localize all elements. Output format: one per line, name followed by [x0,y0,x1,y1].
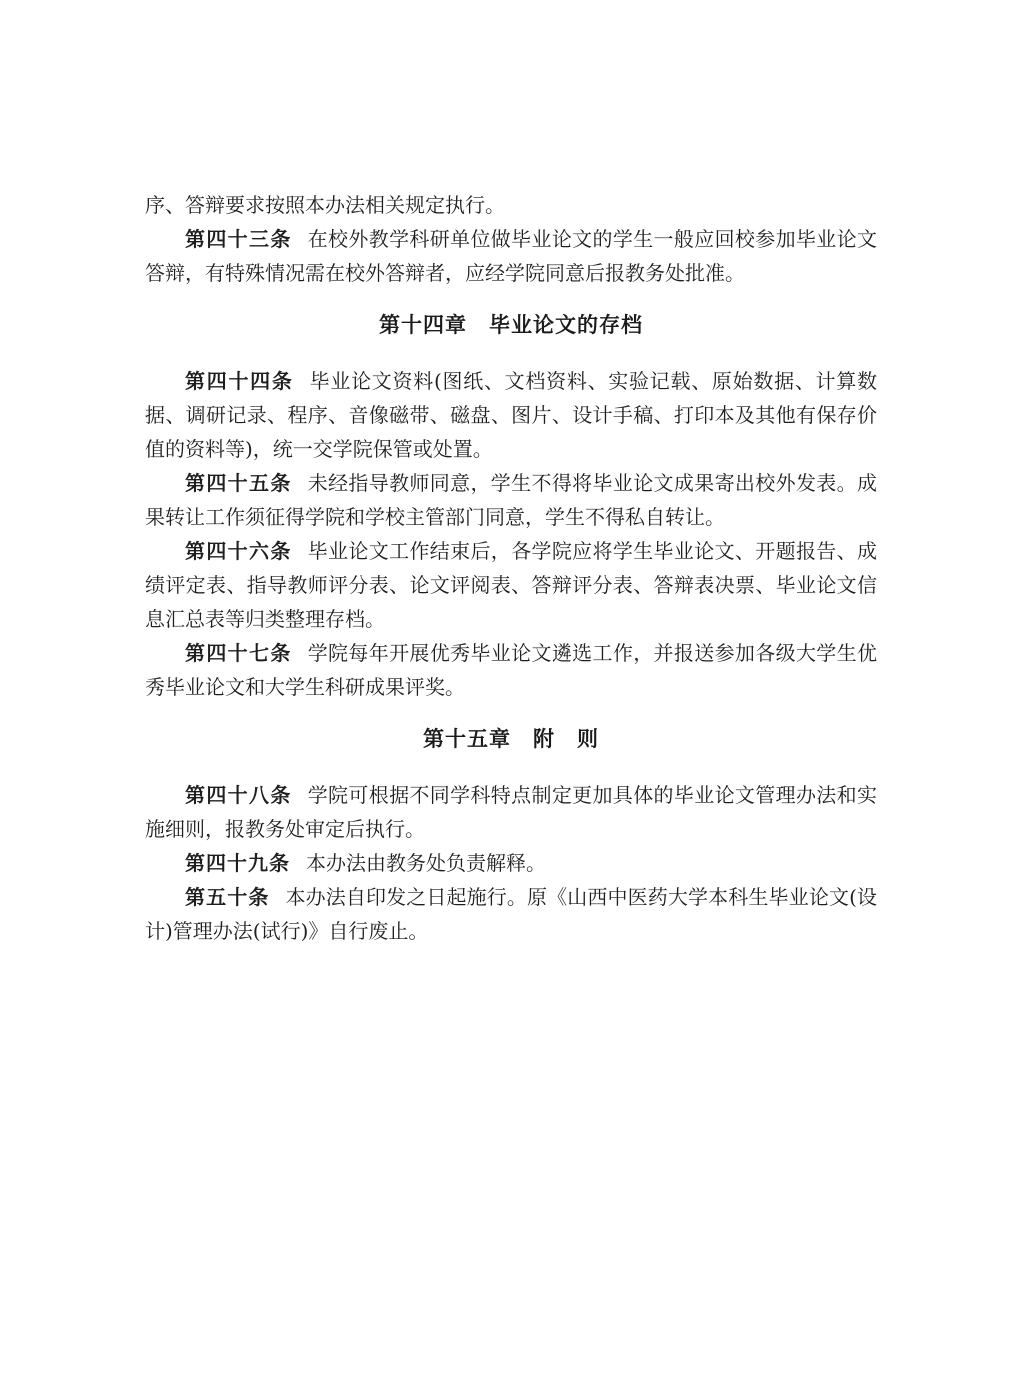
article-49-number: 第四十九条 [185,851,290,875]
article-48: 第四十八条学院可根据不同学科特点制定更加具体的毕业论文管理办法和实施细则，报教务… [145,778,877,846]
article-44: 第四十四条毕业论文资料(图纸、文档资料、实验记载、原始数据、计算数据、调研记录、… [145,364,877,466]
document-page: 序、答辩要求按照本办法相关规定执行。 第四十三条在校外教学科研单位做毕业论文的学… [0,0,1024,1379]
article-48-number: 第四十八条 [185,783,292,807]
chapter-14-heading: 第十四章 毕业论文的存档 [145,308,877,342]
article-49-text: 本办法由教务处负责解释。 [306,851,546,875]
article-49: 第四十九条本办法由教务处负责解释。 [145,846,877,880]
article-44-number: 第四十四条 [185,369,294,393]
article-50-number: 第五十条 [185,885,270,909]
article-43: 第四十三条在校外教学科研单位做毕业论文的学生一般应回校参加毕业论文答辩，有特殊情… [145,222,877,290]
article-45: 第四十五条未经指导教师同意，学生不得将毕业论文成果寄出校外发表。成果转让工作须征… [145,466,877,534]
article-47: 第四十七条学院每年开展优秀毕业论文遴选工作，并报送参加各级大学生优秀毕业论文和大… [145,636,877,704]
article-45-number: 第四十五条 [185,471,292,495]
article-46-number: 第四十六条 [185,539,292,563]
article-47-number: 第四十七条 [185,641,292,665]
document-content: 序、答辩要求按照本办法相关规定执行。 第四十三条在校外教学科研单位做毕业论文的学… [145,188,877,948]
article-43-number: 第四十三条 [185,227,292,251]
paragraph-continuation: 序、答辩要求按照本办法相关规定执行。 [145,188,877,222]
article-50: 第五十条本办法自印发之日起施行。原《山西中医药大学本科生毕业论文(设计)管理办法… [145,880,877,948]
article-46: 第四十六条毕业论文工作结束后，各学院应将学生毕业论文、开题报告、成绩评定表、指导… [145,534,877,636]
chapter-15-heading: 第十五章 附 则 [145,722,877,756]
